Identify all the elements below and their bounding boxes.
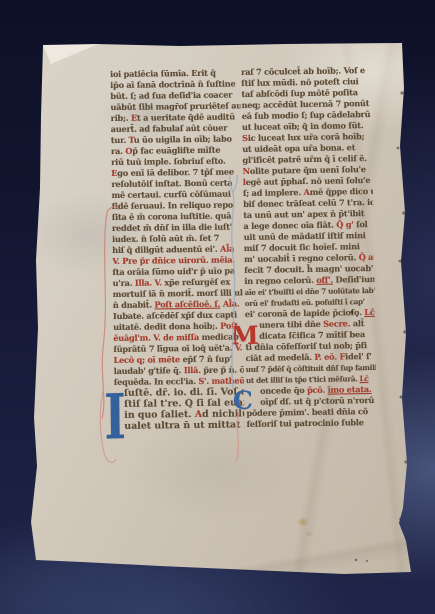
ink-text: laudab' g'tiſe q̄.	[114, 365, 184, 376]
ink-text: mortuiſ iā n̄ morit̄. morſ illi ult'	[113, 287, 243, 299]
ink-text: u'ra.	[113, 278, 135, 288]
illuminated-initial-c: C	[233, 388, 253, 413]
photo-backdrop: ioi patiēcia ſūmīa. Erit q̄ip̄o aī ſanā …	[0, 0, 435, 614]
ink-text: egē aut p̄phaſ. nō uenī ſolu'e	[246, 175, 371, 187]
ink-text: n̄ dnabit̄.	[113, 299, 155, 310]
ink-text: riū tuū imple. ſobriuſ eſto.	[111, 156, 226, 167]
rubric-text: p̄cō.	[307, 385, 328, 395]
ink-text: ſequēda. In eccl'ia.	[114, 376, 199, 387]
ink-text: taſ abſcōdi ſup mōtē poſita	[241, 87, 357, 99]
illuminated-initial-m: M	[231, 323, 259, 348]
ink-text: ſūprātū 7 līgua oī loq̄ uēt'a.	[113, 342, 235, 353]
ink-text: ut uideāt opa ur̄a bona. et	[242, 142, 355, 154]
ink-text: idel' ſ'	[345, 351, 372, 361]
rubric-text: Illa. V.	[135, 277, 165, 287]
rubric-text: S'. matheū.	[198, 375, 243, 386]
ink-text: mē certaui. curſū cōſūmaui	[111, 189, 230, 200]
ink-text: ſtiſ lux mūdi. nō poteſt ciui	[241, 76, 358, 88]
ink-text: unera tibi dn̄e	[259, 319, 323, 330]
rubric-text: Q̄ aūt	[359, 252, 375, 262]
ink-text: m' uocabit̄ ī regno celorū.	[244, 252, 359, 264]
ink-text: reddet m̄ dn̄ſ in illa die iuſt'	[112, 222, 232, 233]
ink-text: pōdere p̄mim'. beati dn̄ia cō	[246, 406, 368, 418]
rubric-text: ēuāgl'm. V. de miſſa	[113, 332, 201, 343]
rubric-text: Q̄ g'	[336, 219, 353, 229]
ink-text: ſta orāia ſūmo uid'r p̄ uīo pa	[112, 265, 235, 276]
ink-text: Iubate. aſcēdēſ xp̄ſ dux capti	[113, 309, 237, 321]
ink-text: ep̄ſ 7 n̄ ſup'	[182, 354, 231, 365]
ink-text: auert̄. ad fabulaſ aūt cōuer	[111, 123, 228, 134]
rubric-text: Poſt aſcēſioē. ſ.	[154, 299, 220, 310]
ink-text: ic luceat lux ur̄a corā hoīb;	[248, 131, 365, 143]
manuscript-leaf: ioi patiēcia ſūmīa. Erit q̄ip̄o aī ſanā …	[0, 0, 435, 614]
ink-text: ualet ultra n̄ ut mittat̄ fo	[124, 419, 244, 431]
text-line: tur. Tu ūo uigila in oīb; labo	[111, 133, 241, 146]
rubric-text: off'.	[316, 275, 333, 285]
text-line: ualet ultra n̄ ut mittat̄ fo	[114, 419, 244, 432]
ink-text: ioi patiēcia ſūmīa. Erit q̄	[110, 68, 216, 79]
ink-text: gl'ificēt patrē ur̄m q̄ ī celiſ ē.	[242, 153, 366, 165]
ink-text: biſ donec trāſeat celū 7 t'ra. io	[243, 197, 373, 209]
ink-text: hiſ q̄ diligūt aduentū ei'.	[112, 244, 220, 255]
ink-text: ſ; ad implere.	[243, 187, 304, 198]
text-line: feſſoriſ tui patrocinio ſuble	[247, 417, 377, 430]
ink-text: p̄ fac euāgliſte mīſte	[132, 145, 220, 156]
ink-text: xp̄e reſurgēſ ex	[164, 277, 230, 288]
ink-text: ciāt ad medelā.	[245, 352, 314, 363]
rubric-text: Lc̄	[359, 374, 368, 383]
ink-text: Deſid'ium	[333, 274, 375, 285]
ink-text: alt̄	[350, 318, 364, 328]
rubric-text: Illā.	[184, 365, 204, 375]
ink-text: ſol	[353, 219, 367, 229]
ink-text: būt. ſ; ad ſua deſid'ia coacer	[110, 90, 232, 101]
ink-text: tur.	[111, 135, 129, 145]
ink-text: ra.	[111, 146, 125, 156]
ink-text: in regno celorū.	[244, 275, 316, 286]
ink-text: oncede q̄o	[260, 385, 307, 396]
ink-text: rib;.	[111, 113, 131, 123]
ink-text: ut det illiſ in tp̄e t'tici mēſurā.	[246, 374, 360, 385]
ink-text: dicata ſc̄ifica 7 mītiſ bea	[259, 329, 365, 341]
ink-text: feſſoriſ tui patrocinio ſuble	[247, 417, 364, 429]
rubric-text: Al̄a	[220, 243, 234, 253]
text-column-left: ioi patiēcia ſūmīa. Erit q̄ip̄o aī ſanā …	[110, 67, 244, 437]
ink-text: u ūo uigila in oīb; labo	[134, 134, 232, 145]
rubric-text: Lc̄ uēie	[364, 307, 375, 317]
ink-text: orū ei' frudaſti eū. poſuiſti ī cap'	[245, 297, 365, 308]
rubric-text: Lecō q; oī mēte	[113, 354, 182, 365]
ink-text: ei' coronā de lapide p̄cioſo.	[245, 307, 365, 319]
ink-text: in quo ſaliet̄.	[124, 409, 195, 421]
ink-text: iudex. n̄ ſolū aūt m̄. ſet 7	[112, 233, 219, 244]
ink-text: mē q̄ppe dico uo	[310, 186, 373, 197]
ink-text: a lege donec oīa fiāt.	[243, 220, 336, 231]
ink-text: uābūt ſibi magr̄oſ pruriēteſ au	[110, 100, 240, 112]
ink-text: neq; accēdūt lucernā 7 ponūt	[242, 98, 370, 110]
ink-text: eā ſub modio ſ; ſup cādelabrū	[242, 109, 371, 121]
rubric-text: V. Pre p̄r dn̄ice uirorū. mēia.	[112, 254, 235, 265]
rubric-text: īmo etata.	[328, 384, 372, 395]
ink-text: miſ 7 docuit ſic hoīeſ. mini	[244, 241, 360, 253]
rubric-text: A	[195, 409, 202, 420]
ink-text: ta unū aut un' apex n̄ p̄t'ibit	[243, 208, 364, 220]
rubric-text: Secre.	[323, 318, 350, 328]
text-line: reddet m̄ dn̄ſ in illa die iuſt'	[112, 221, 242, 234]
ink-text: ut luceat oīb; q̄ in domo ſūt.	[242, 120, 364, 132]
ink-text: fidē ſeruaui. In reliquo repo	[112, 200, 233, 211]
ink-text: raſ 7 cōculcet̄ ab hoīb;. Voſ e	[241, 65, 365, 77]
ink-text: ti dn̄ia cōfeſſoriſ tui nob; p̄fi	[245, 340, 367, 352]
text-column-right: raſ 7 cōculcet̄ ab hoīb;. Voſ eſtiſ lux …	[241, 65, 377, 435]
ink-text: ip̄o aī ſanā doctrīnā n̄ ſuſtine	[110, 78, 235, 90]
illuminated-initial-i: I	[104, 385, 126, 448]
ink-text: uit unū de mādatiſ iſtiſ mini	[244, 230, 366, 242]
ink-text: uitatē. dedit dona hoīb;.	[113, 321, 220, 332]
ink-text: olite putare q̄m uenī ſolu'e	[250, 164, 366, 176]
ink-text: oīpſ dſ. ut q̄ p'ctorū n'rorū	[260, 395, 374, 407]
ink-text: go enī iā delibor. 7 tp̄ſ mee	[117, 166, 234, 177]
rubric-text: P. eō. F	[314, 351, 345, 361]
rubric-text: Al̄a.	[220, 298, 239, 308]
ink-text: fecit 7 docuit. h̄ magn' uocab'	[244, 263, 373, 275]
ink-text: reſolutōiſ inſtat. Bonū certa	[111, 178, 232, 189]
ink-text: p̄re p̄ n̄. ō.	[203, 364, 243, 374]
ink-text: t a ueritate q̄dē auditū	[137, 111, 235, 122]
ink-text: ſita ē m̄ corona iuſtitie. quā	[112, 211, 232, 222]
